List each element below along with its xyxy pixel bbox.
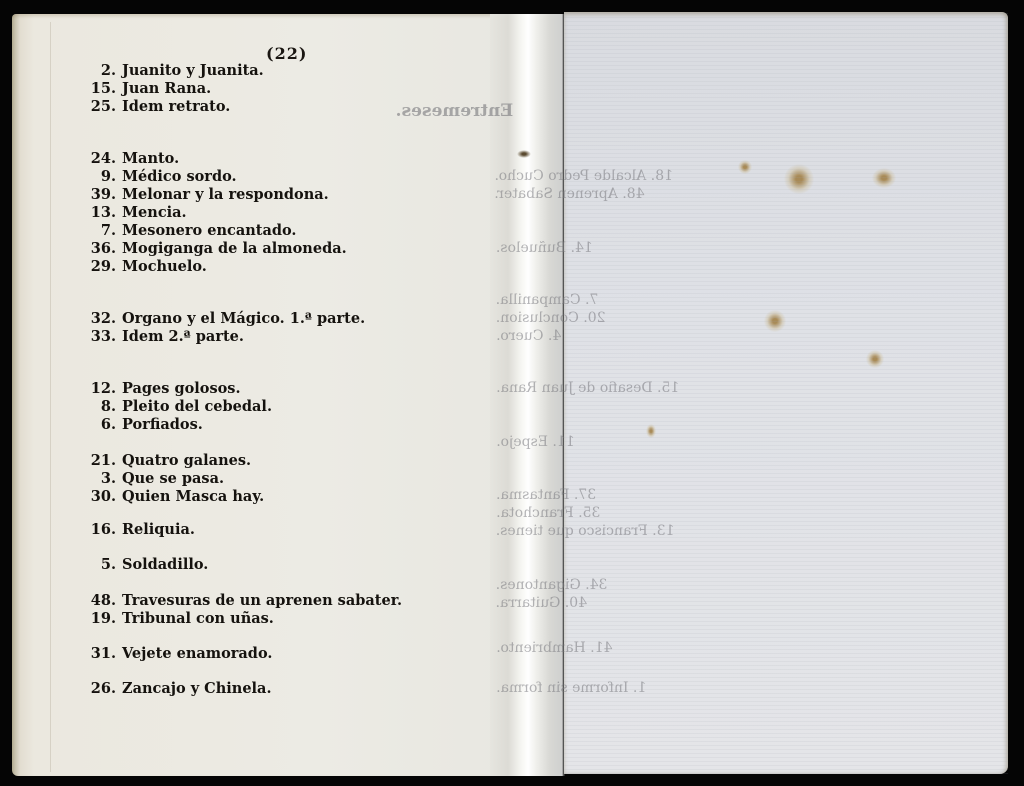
bleed-line: 40. Guitarra.: [496, 595, 588, 611]
entry-title: Zancajo y Chinela.: [122, 680, 272, 697]
bleed-line: 11. Espejo.: [496, 434, 574, 450]
bleed-line: 15. Desafio de Juan Rana.: [496, 380, 679, 396]
entry-number: 6.: [76, 416, 116, 434]
foxing-spot: [738, 160, 752, 174]
list-item: 48.Travesuras de un aprenen sabater.: [76, 592, 402, 610]
entry-number: 48.: [76, 592, 116, 610]
entry-number: 32.: [76, 310, 116, 328]
entry-number: 16.: [76, 521, 116, 539]
bleed-line: 13. Francisco que tienes.: [496, 523, 675, 539]
entry-title: Tribunal con uñas.: [122, 610, 274, 627]
list-item: 7.Mesonero encantado.: [76, 222, 296, 240]
entry-title: Juanito y Juanita.: [122, 62, 264, 79]
entry-number: 5.: [76, 556, 116, 574]
entry-number: 12.: [76, 380, 116, 398]
entry-title: Pages golosos.: [122, 380, 241, 397]
entry-title: Que se pasa.: [122, 470, 224, 487]
entry-title: Mogiganga de la almoneda.: [122, 240, 347, 257]
entry-title: Quien Masca hay.: [122, 488, 264, 505]
list-item: 36.Mogiganga de la almoneda.: [76, 240, 347, 258]
entry-number: 8.: [76, 398, 116, 416]
list-item: 33.Idem 2.ª parte.: [76, 328, 244, 346]
entry-title: Mesonero encantado.: [122, 222, 296, 239]
list-item: 25.Idem retrato.: [76, 98, 230, 116]
entry-title: Idem retrato.: [122, 98, 230, 115]
bleed-line: 41. Hambriento.: [496, 640, 612, 656]
list-item: 21.Quatro galanes.: [76, 452, 251, 470]
bleed-line: 37. Fantasma.: [496, 487, 596, 503]
entry-number: 24.: [76, 150, 116, 168]
list-item: 8.Pleito del cebedal.: [76, 398, 272, 416]
page-number: (22): [266, 44, 307, 63]
list-item: 31.Vejete enamorado.: [76, 645, 272, 663]
bleed-line: 1. Informe sin forma.: [496, 680, 646, 696]
entry-number: 2.: [76, 62, 116, 80]
entry-title: Vejete enamorado.: [122, 645, 272, 662]
entry-title: Soldadillo.: [122, 556, 208, 573]
entry-number: 31.: [76, 645, 116, 663]
list-item: 6.Porfiados.: [76, 416, 203, 434]
entry-title: Juan Rana.: [122, 80, 211, 97]
entry-number: 39.: [76, 186, 116, 204]
entry-number: 19.: [76, 610, 116, 628]
entry-number: 9.: [76, 168, 116, 186]
entry-title: Travesuras de un aprenen sabater.: [122, 592, 402, 609]
list-item: 30.Quien Masca hay.: [76, 488, 264, 506]
list-item: 5.Soldadillo.: [76, 556, 208, 574]
entry-number: 36.: [76, 240, 116, 258]
list-item: 9.Médico sordo.: [76, 168, 237, 186]
bleed-line: 7. Campanilla.: [496, 292, 599, 308]
bleed-line: 20. Conclusion.: [496, 310, 606, 326]
entry-title: Quatro galanes.: [122, 452, 251, 469]
entry-title: Mencia.: [122, 204, 187, 221]
bleed-line: 18. Alcalde Pedro Cucho.: [494, 168, 673, 184]
list-item: 3.Que se pasa.: [76, 470, 224, 488]
list-item: 39.Melonar y la respondona.: [76, 186, 329, 204]
bleed-line: 4. Cuero.: [496, 328, 561, 344]
bleed-line: 34. Gigantones.: [496, 577, 608, 593]
entry-number: 13.: [76, 204, 116, 222]
entry-number: 26.: [76, 680, 116, 698]
entry-title: Pleito del cebedal.: [122, 398, 272, 415]
list-item: 12.Pages golosos.: [76, 380, 241, 398]
entry-number: 7.: [76, 222, 116, 240]
entry-number: 33.: [76, 328, 116, 346]
bleed-line: 14. Buñuelos.: [496, 240, 593, 256]
entry-number: 30.: [76, 488, 116, 506]
list-item: 19.Tribunal con uñas.: [76, 610, 274, 628]
list-item: 32.Organo y el Mágico. 1.ª parte.: [76, 310, 365, 328]
entry-number: 3.: [76, 470, 116, 488]
bleed-heading: Entremeses.: [396, 101, 514, 121]
foxing-spot: [764, 310, 786, 332]
list-item: 16.Reliquia.: [76, 521, 195, 539]
entry-title: Mochuelo.: [122, 258, 207, 275]
list-item: 29.Mochuelo.: [76, 258, 207, 276]
list-item: 24.Manto.: [76, 150, 179, 168]
entry-title: Manto.: [122, 150, 179, 167]
gutter-stain: [517, 150, 531, 158]
entry-title: Médico sordo.: [122, 168, 237, 185]
list-item: 15.Juan Rana.: [76, 80, 211, 98]
list-item: 13.Mencia.: [76, 204, 187, 222]
foxing-spot: [866, 350, 884, 368]
bleed-line: 48. Aprenen Sabater.: [494, 186, 644, 202]
entry-title: Organo y el Mágico. 1.ª parte.: [122, 310, 365, 327]
foxing-spot: [646, 424, 656, 438]
book-spread: Entremeses. 18. Alcalde Pedro Cucho. 48.…: [0, 0, 1024, 786]
bleed-line: 35. Franchota.: [496, 505, 600, 521]
foxing-spot: [872, 168, 896, 188]
entry-title: Porfiados.: [122, 416, 203, 433]
foxing-spot: [784, 164, 814, 194]
list-item: 2.Juanito y Juanita.: [76, 62, 264, 80]
entry-number: 21.: [76, 452, 116, 470]
entry-title: Reliquia.: [122, 521, 195, 538]
entry-number: 25.: [76, 98, 116, 116]
entry-title: Melonar y la respondona.: [122, 186, 329, 203]
entry-number: 29.: [76, 258, 116, 276]
list-item: 26.Zancajo y Chinela.: [76, 680, 272, 698]
entry-title: Idem 2.ª parte.: [122, 328, 244, 345]
entry-number: 15.: [76, 80, 116, 98]
